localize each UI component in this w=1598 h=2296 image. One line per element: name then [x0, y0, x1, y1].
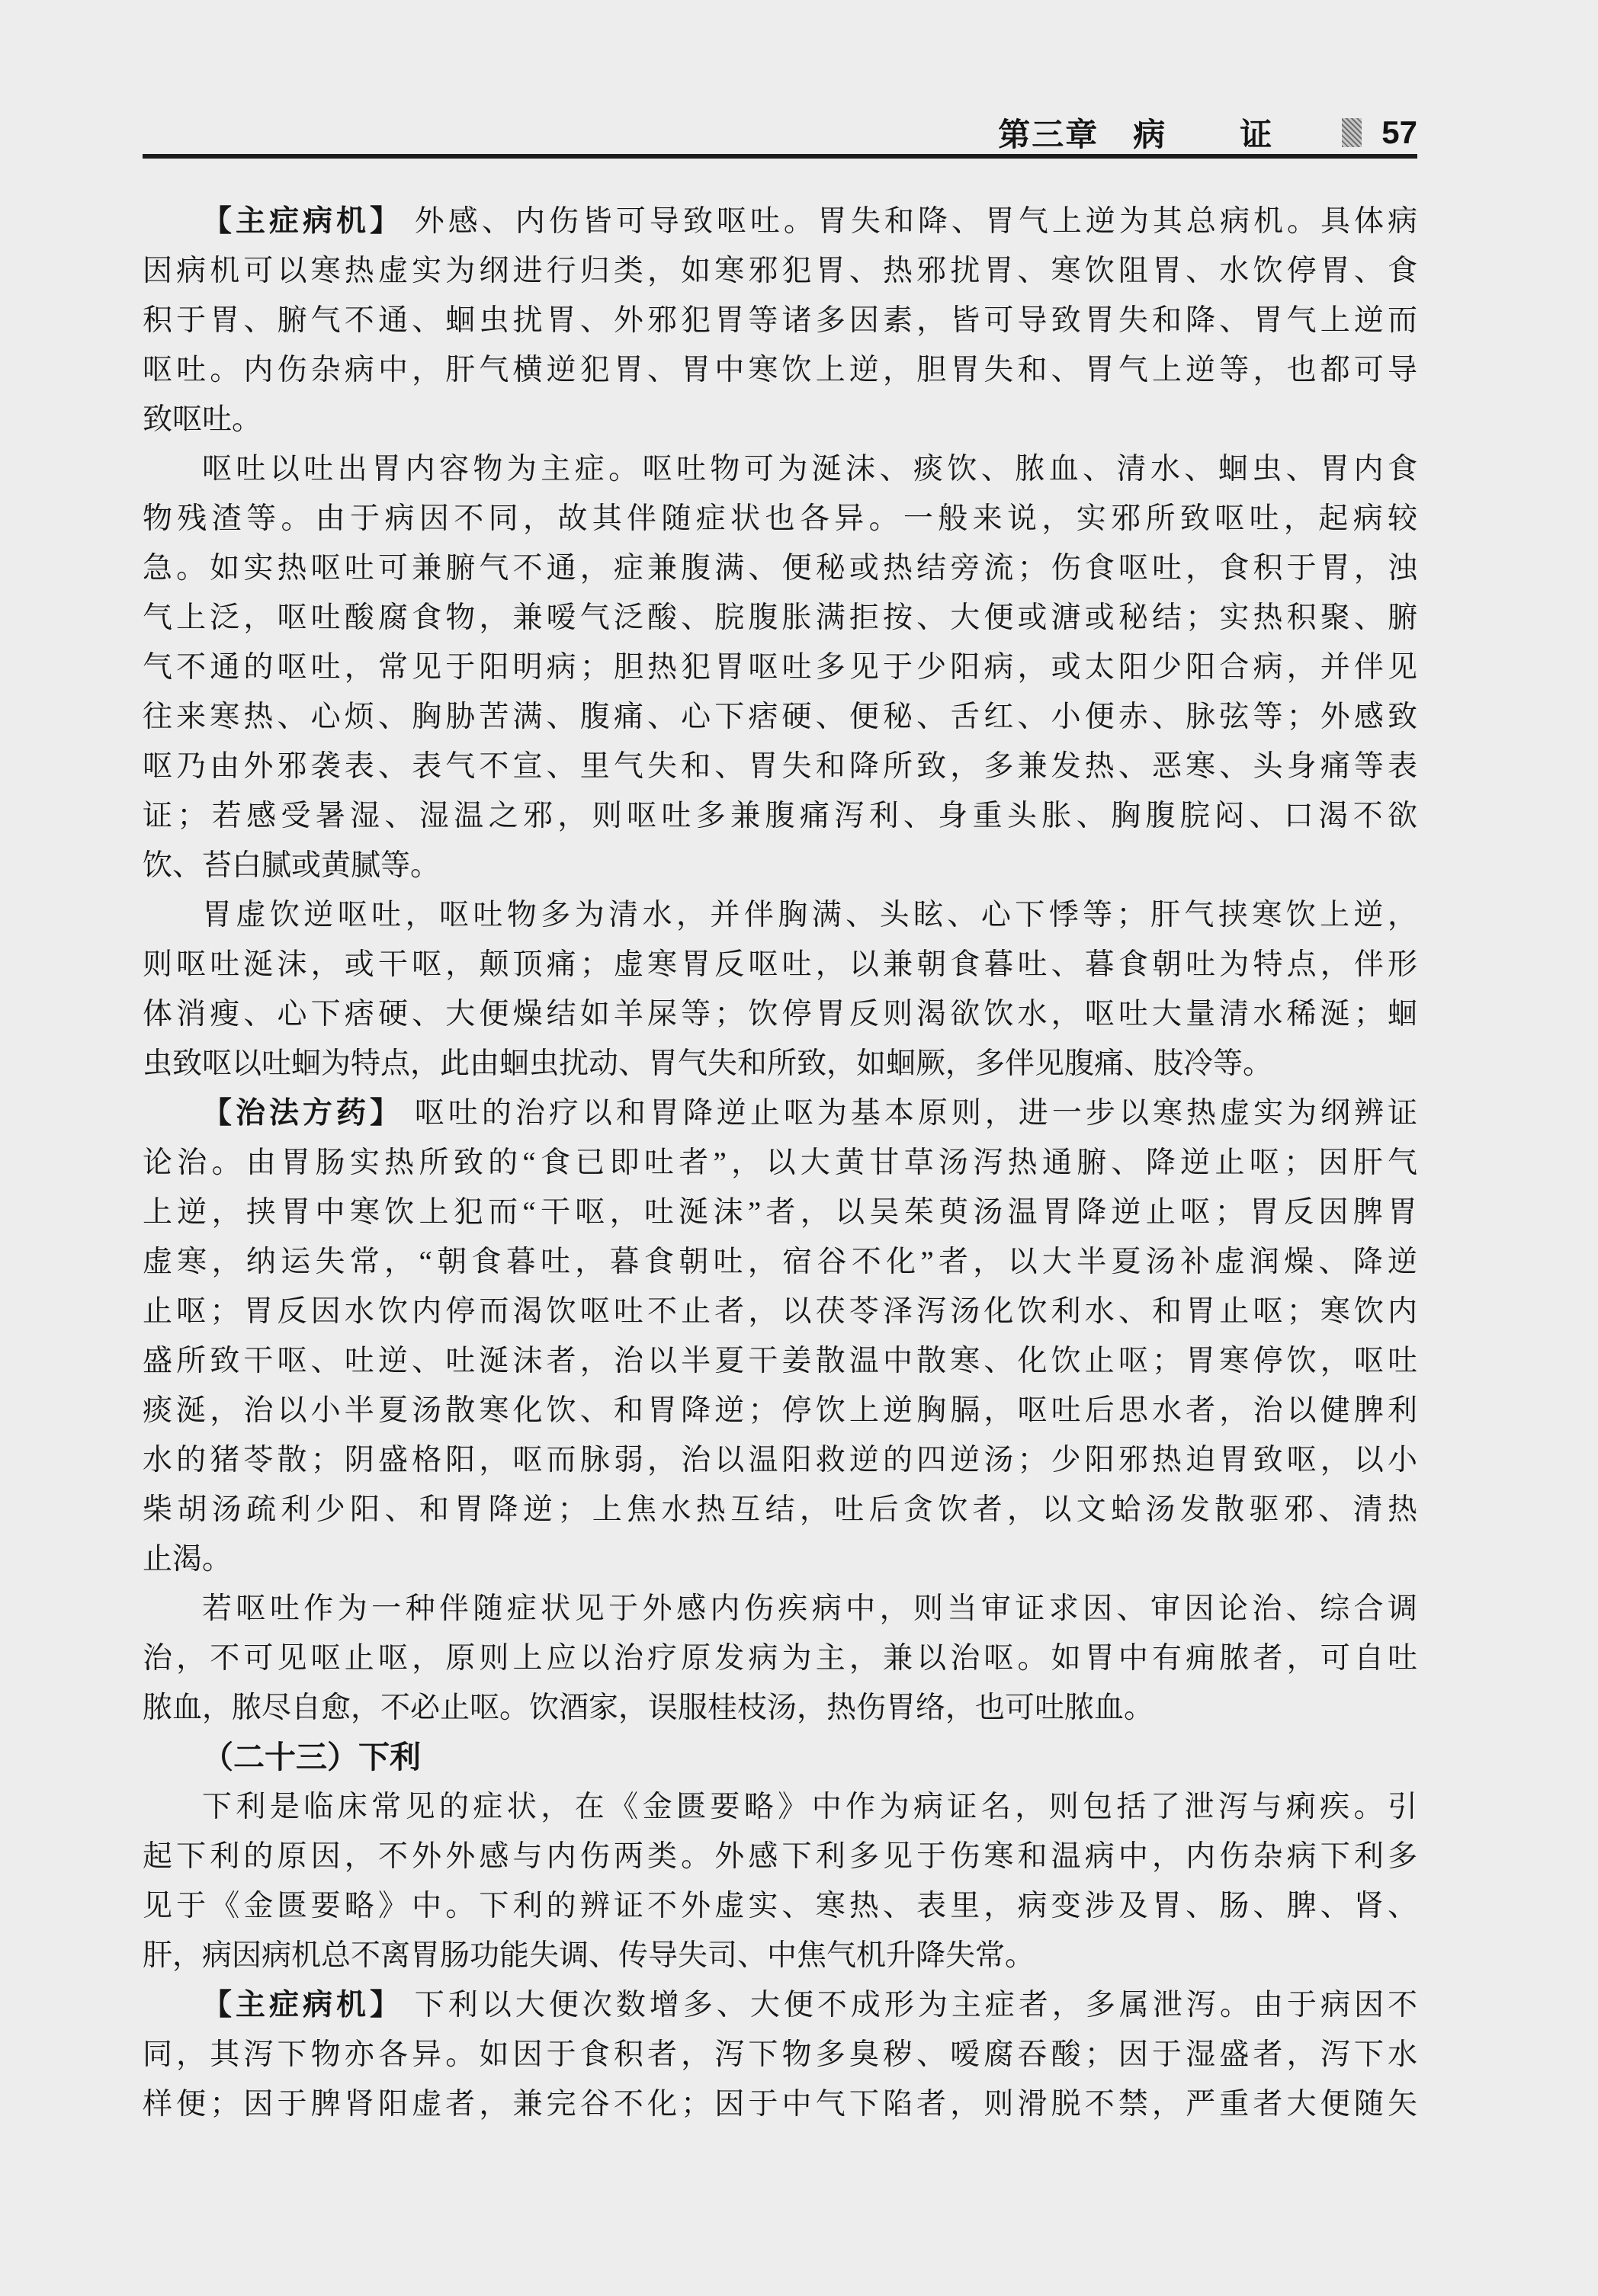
- text-line: 因病机可以寒热虚实为纲进行归类，如寒邪犯胃、热邪扰胃、寒饮阻胃、水饮停胃、食: [143, 246, 1417, 296]
- text-line: 论治。由胃肠实热所致的“食已即吐者”，以大黄甘草汤泻热通腑、降逆止呕；因肝气: [143, 1138, 1417, 1188]
- text-line: 呕吐以吐出胃内容物为主症。呕吐物可为涎沫、痰饮、脓血、清水、蛔虫、胃内食: [143, 444, 1417, 494]
- chapter-label: 第三章: [998, 110, 1099, 156]
- text-line: 【治法方药】 呕吐的治疗以和胃降逆止呕为基本原则，进一步以寒热虚实为纲辨证: [143, 1089, 1417, 1138]
- text-line: 虫致呕以吐蛔为特点，此由蛔虫扰动、胃气失和所致，如蛔厥，多伴见腹痛、肢冷等。: [143, 1039, 1417, 1089]
- text-line: 【主症病机】 下利以大便次数增多、大便不成形为主症者，多属泄泻。由于病因不: [143, 1980, 1417, 2030]
- text-line: 证；若感受暑湿、湿温之邪，则呕吐多兼腹痛泻利、身重头胀、胸腹脘闷、口渴不欲: [143, 791, 1417, 841]
- text-line: 若呕吐作为一种伴随症状见于外感内伤疾病中，则当审证求因、审因论治、综合调: [143, 1584, 1417, 1634]
- text-line: 体消瘦、心下痞硬、大便燥结如羊屎等；饮停胃反则渴欲饮水，呕吐大量清水稀涎；蛔: [143, 989, 1417, 1039]
- heading-line: （二十三）下利: [143, 1733, 1417, 1782]
- text-line: 止呕；胃反因水饮内停而渴饮呕吐不止者，以茯苓泽泻汤化饮利水、和胃止呕；寒饮内: [143, 1287, 1417, 1336]
- text-line: 胃虚饮逆呕吐，呕吐物多为清水，并伴胸满、头眩、心下悸等；肝气挟寒饮上逆，: [143, 890, 1417, 940]
- text-line: 【主症病机】 外感、内伤皆可导致呕吐。胃失和降、胃气上逆为其总病机。具体病: [143, 197, 1417, 246]
- body-text: 【主症病机】 外感、内伤皆可导致呕吐。胃失和降、胃气上逆为其总病机。具体病因病机…: [143, 197, 1417, 2129]
- text-line: 上逆，挟胃中寒饮上犯而“干呕，吐涎沫”者，以吴茱萸汤温胃降逆止呕；胃反因脾胃: [143, 1188, 1417, 1237]
- text-line: 饮、苔白腻或黄腻等。: [143, 841, 1417, 890]
- text-line: 水的猪苓散；阴盛格阳，呕而脉弱，治以温阳救逆的四逆汤；少阳邪热迫胃致呕，以小: [143, 1435, 1417, 1485]
- section-label: 【主症病机】: [202, 1989, 403, 2022]
- page-header: 第三章 病 证 57: [143, 114, 1417, 151]
- text-line: 致呕吐。: [143, 395, 1417, 444]
- text-line: 则呕吐涎沫，或干呕，颠顶痛；虚寒胃反呕吐，以兼朝食暮吐、暮食朝吐为特点，伴形: [143, 940, 1417, 989]
- text-line: 样便；因于脾肾阳虚者，兼完谷不化；因于中气下陷者，则滑脱不禁，严重者大便随矢: [143, 2080, 1417, 2129]
- text-line: 同，其泻下物亦各异。如因于食积者，泻下物多臭秽、嗳腐吞酸；因于湿盛者，泻下水: [143, 2030, 1417, 2080]
- section-label: 【治法方药】: [202, 1097, 403, 1130]
- text-line: 虚寒，纳运失常，“朝食暮吐，暮食朝吐，宿谷不化”者，以大半夏汤补虚润燥、降逆: [143, 1237, 1417, 1287]
- text-line: 气不通的呕吐，常见于阳明病；胆热犯胃呕吐多见于少阳病，或太阳少阳合病，并伴见: [143, 643, 1417, 692]
- text-line: 痰涎，治以小半夏汤散寒化饮、和胃降逆；停饮上逆胸膈，呕吐后思水者，治以健脾利: [143, 1386, 1417, 1435]
- section-label: 【主症病机】: [202, 205, 403, 238]
- section-title-char-2: 证: [1240, 110, 1273, 156]
- text-line: 肝，病因病机总不离胃肠功能失调、传导失司、中焦气机升降失常。: [143, 1931, 1417, 1980]
- text-line: 物残渣等。由于病因不同，故其伴随症状也各异。一般来说，实邪所致呕吐，起病较: [143, 494, 1417, 544]
- text-line: 气上泛，呕吐酸腐食物，兼嗳气泛酸、脘腹胀满拒按、大便或溏或秘结；实热积聚、腑: [143, 593, 1417, 643]
- text-line: 见于《金匮要略》中。下利的辨证不外虚实、寒热、表里，病变涉及胃、肠、脾、肾、: [143, 1881, 1417, 1931]
- header-rule: [143, 154, 1417, 159]
- text-line: 起下利的原因，不外外感与内伤两类。外感下利多见于伤寒和温病中，内伤杂病下利多: [143, 1832, 1417, 1881]
- text-line: 治，不可见呕止呕，原则上应以治疗原发病为主，兼以治呕。如胃中有痈脓者，可自吐: [143, 1634, 1417, 1683]
- text-line: 呕乃由外邪袭表、表气不宣、里气失和、胃失和降所致，多兼发热、恶寒、头身痛等表: [143, 742, 1417, 791]
- text-line: 急。如实热呕吐可兼腑气不通，症兼腹满、便秘或热结旁流；伤食呕吐，食积于胃，浊: [143, 544, 1417, 593]
- text-line: 往来寒热、心烦、胸胁苦满、腹痛、心下痞硬、便秘、舌红、小便赤、脉弦等；外感致: [143, 692, 1417, 742]
- text-line: 柴胡汤疏利少阳、和胃降逆；上焦水热互结，吐后贪饮者，以文蛤汤发散驱邪、清热: [143, 1485, 1417, 1534]
- page-number: 57: [1381, 114, 1417, 151]
- text-line: 下利是临床常见的症状，在《金匮要略》中作为病证名，则包括了泄泻与痢疾。引: [143, 1782, 1417, 1832]
- text-line: 盛所致干呕、吐逆、吐涎沫者，治以半夏干姜散温中散寒、化饮止呕；胃寒停饮，呕吐: [143, 1336, 1417, 1386]
- section-title-char-1: 病: [1133, 110, 1166, 156]
- text-line: 脓血，脓尽自愈，不必止呕。饮酒家，误服桂枝汤，热伤胃络，也可吐脓血。: [143, 1683, 1417, 1733]
- book-page: 第三章 病 证 57 【主症病机】 外感、内伤皆可导致呕吐。胃失和降、胃气上逆为…: [0, 0, 1598, 2296]
- halftone-square-icon: [1342, 118, 1362, 147]
- text-line: 止渴。: [143, 1534, 1417, 1584]
- text-line: 积于胃、腑气不通、蛔虫扰胃、外邪犯胃等诸多因素，皆可导致胃失和降、胃气上逆而: [143, 296, 1417, 345]
- text-line: 呕吐。内伤杂病中，肝气横逆犯胃、胃中寒饮上逆，胆胃失和、胃气上逆等，也都可导: [143, 345, 1417, 395]
